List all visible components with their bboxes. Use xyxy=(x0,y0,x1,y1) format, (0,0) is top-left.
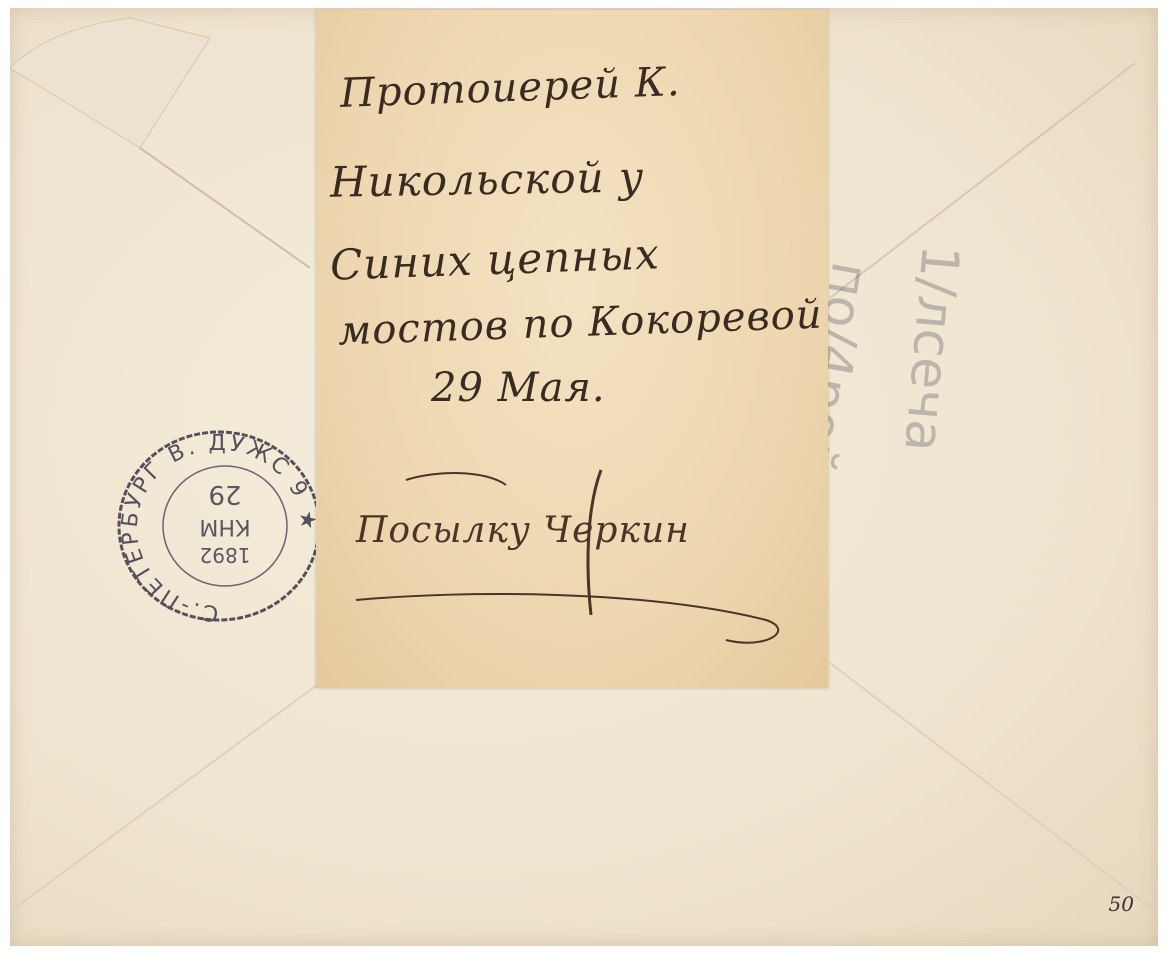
label-line-2: Никольской у xyxy=(330,152,645,206)
label-line-1: Протоиерей К. xyxy=(339,59,681,117)
signature-flourish xyxy=(346,450,806,670)
handwritten-address-label: Протоиерей К. Никольской у Синих цепных … xyxy=(316,10,828,688)
svg-text:1892: 1892 xyxy=(200,543,251,567)
corner-number: 50 xyxy=(1109,892,1134,916)
postmark-stamp: С.-ПЕТЕРБУРГ В. ДУЖС 9 ★ 1892 КНМ 29 xyxy=(110,426,328,626)
label-line-5-date: 29 Мая. xyxy=(431,365,606,411)
signature: Посылку Черкин xyxy=(356,510,690,551)
label-line-3: Синих цепных xyxy=(329,229,660,289)
label-line-4: мостов по Кокоревой xyxy=(337,292,823,355)
svg-text:КНМ: КНМ xyxy=(199,514,250,539)
svg-text:29: 29 xyxy=(208,479,241,509)
